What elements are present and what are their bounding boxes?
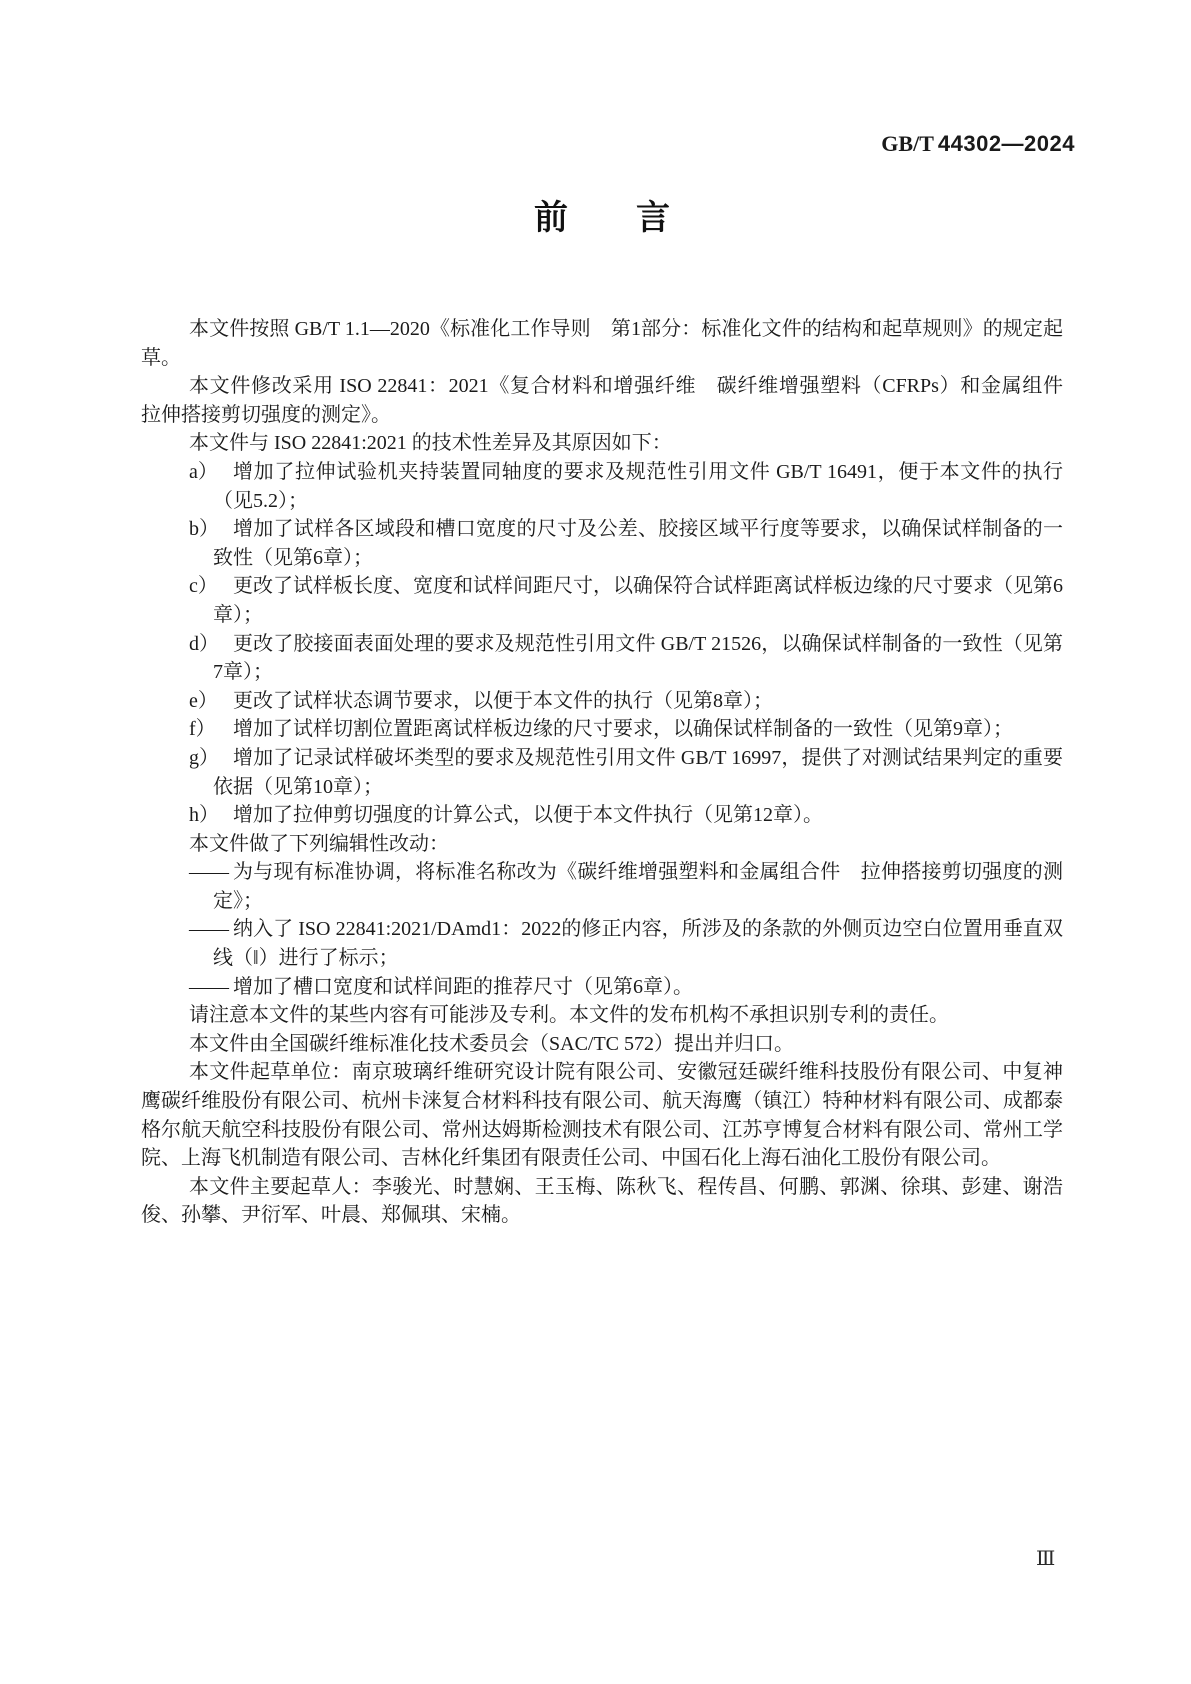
doc-number-prefix: GB/T bbox=[881, 131, 934, 156]
list-marker: e） bbox=[189, 687, 218, 716]
list-item-text: 为与现有标准协调，将标准名称改为《碳纤维增强塑料和金属组合件 拉伸搭接剪切强度的… bbox=[213, 861, 1063, 912]
tech-difference-item-b: b） 增加了试样各区域段和槽口宽度的尺寸及公差、胶接区域平行度等要求，以确保试样… bbox=[141, 515, 1063, 572]
para-drafting-orgs: 本文件起草单位：南京玻璃纤维研究设计院有限公司、安徽冠廷碳纤维科技股份有限公司、… bbox=[141, 1058, 1063, 1172]
dash-marker: —— bbox=[189, 915, 229, 944]
list-item-text: 增加了槽口宽度和试样间距的推荐尺寸（见第6章）。 bbox=[233, 976, 693, 998]
para-editorial-intro: 本文件做了下列编辑性改动： bbox=[141, 830, 1063, 859]
tech-difference-item-f: f） 增加了试样切割位置距离试样板边缘的尺寸要求，以确保试样制备的一致性（见第9… bbox=[141, 715, 1063, 744]
editorial-change-item-2: —— 纳入了 ISO 22841:2021/DAmd1：2022的修正内容，所涉… bbox=[141, 915, 1063, 972]
tech-difference-item-g: g） 增加了记录试样破坏类型的要求及规范性引用文件 GB/T 16997，提供了… bbox=[141, 744, 1063, 801]
dash-marker: —— bbox=[189, 973, 229, 1002]
para-drafting-basis: 本文件按照 GB/T 1.1—2020《标准化工作导则 第1部分：标准化文件的结… bbox=[141, 315, 1063, 372]
para-differences-intro: 本文件与 ISO 22841:2021 的技术性差异及其原因如下： bbox=[141, 429, 1063, 458]
page-title: 前 言 bbox=[141, 198, 1063, 238]
foreword-body: 本文件按照 GB/T 1.1—2020《标准化工作导则 第1部分：标准化文件的结… bbox=[141, 315, 1063, 1230]
list-item-text: 增加了记录试样破坏类型的要求及规范性引用文件 GB/T 16997，提供了对测试… bbox=[213, 747, 1063, 798]
tech-difference-item-d: d） 更改了胶接面表面处理的要求及规范性引用文件 GB/T 21526，以确保试… bbox=[141, 630, 1063, 687]
list-marker: c） bbox=[189, 572, 218, 601]
list-item-text: 增加了拉伸剪切强度的计算公式，以便于本文件执行（见第12章）。 bbox=[233, 804, 823, 826]
tech-difference-item-h: h） 增加了拉伸剪切强度的计算公式，以便于本文件执行（见第12章）。 bbox=[141, 801, 1063, 830]
list-marker: a） bbox=[189, 458, 218, 487]
tech-difference-item-e: e） 更改了试样状态调节要求，以便于本文件的执行（见第8章）； bbox=[141, 687, 1063, 716]
list-marker: d） bbox=[189, 630, 219, 659]
editorial-change-item-3: —— 增加了槽口宽度和试样间距的推荐尺寸（见第6章）。 bbox=[141, 973, 1063, 1002]
page-number: Ⅲ bbox=[1036, 1546, 1055, 1571]
list-marker: h） bbox=[189, 801, 219, 830]
doc-number-value: 44302—2024 bbox=[938, 131, 1075, 156]
para-committee: 本文件由全国碳纤维标准化技术委员会（SAC/TC 572）提出并归口。 bbox=[141, 1030, 1063, 1059]
dash-marker: —— bbox=[189, 858, 229, 887]
list-marker: b） bbox=[189, 515, 219, 544]
list-item-text: 增加了拉伸试验机夹持装置同轴度的要求及规范性引用文件 GB/T 16491，便于… bbox=[213, 461, 1063, 512]
para-patent-notice: 请注意本文件的某些内容有可能涉及专利。本文件的发布机构不承担识别专利的责任。 bbox=[141, 1001, 1063, 1030]
list-marker: g） bbox=[189, 744, 219, 773]
list-item-text: 增加了试样切割位置距离试样板边缘的尺寸要求，以确保试样制备的一致性（见第9章）； bbox=[233, 718, 1013, 740]
tech-difference-item-c: c） 更改了试样板长度、宽度和试样间距尺寸，以确保符合试样距离试样板边缘的尺寸要… bbox=[141, 572, 1063, 629]
para-drafters: 本文件主要起草人：李骏光、时慧娴、王玉梅、陈秋飞、程传昌、何鹏、郭渊、徐琪、彭建… bbox=[141, 1173, 1063, 1230]
list-item-text: 更改了试样板长度、宽度和试样间距尺寸，以确保符合试样距离试样板边缘的尺寸要求（见… bbox=[213, 575, 1063, 626]
list-item-text: 纳入了 ISO 22841:2021/DAmd1：2022的修正内容，所涉及的条… bbox=[213, 918, 1063, 969]
list-marker: f） bbox=[189, 715, 216, 744]
para-adoption: 本文件修改采用 ISO 22841：2021《复合材料和增强纤维 碳纤维增强塑料… bbox=[141, 372, 1063, 429]
list-item-text: 更改了试样状态调节要求，以便于本文件的执行（见第8章）； bbox=[233, 690, 773, 712]
list-item-text: 增加了试样各区域段和槽口宽度的尺寸及公差、胶接区域平行度等要求，以确保试样制备的… bbox=[213, 518, 1063, 569]
tech-difference-item-a: a） 增加了拉伸试验机夹持装置同轴度的要求及规范性引用文件 GB/T 16491… bbox=[141, 458, 1063, 515]
editorial-change-item-1: —— 为与现有标准协调，将标准名称改为《碳纤维增强塑料和金属组合件 拉伸搭接剪切… bbox=[141, 858, 1063, 915]
standard-foreword-page: GB/T 44302—2024 前 言 本文件按照 GB/T 1.1—2020《… bbox=[0, 0, 1191, 1684]
list-item-text: 更改了胶接面表面处理的要求及规范性引用文件 GB/T 21526，以确保试样制备… bbox=[213, 633, 1063, 684]
doc-number: GB/T 44302—2024 bbox=[881, 131, 1075, 157]
